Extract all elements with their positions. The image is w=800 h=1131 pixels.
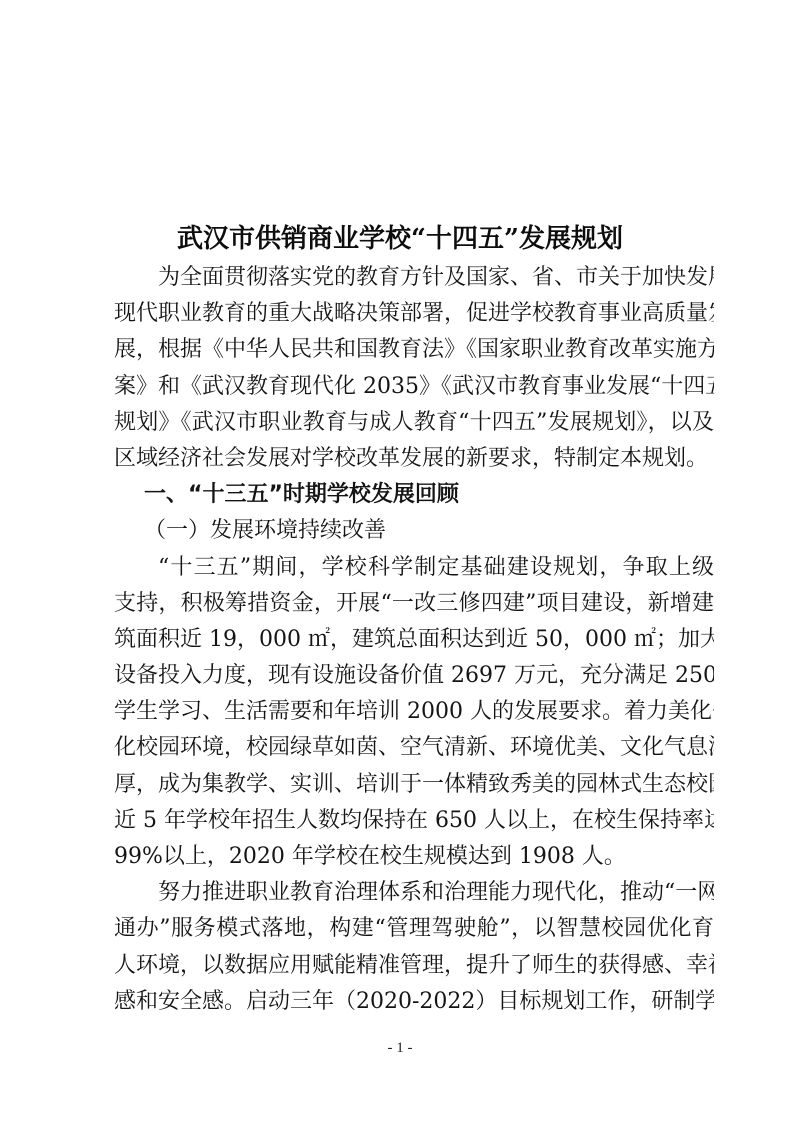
- intro-line: 规划》《武汉市职业教育与成人教育“十四五”发展规划》，以及: [114, 405, 714, 441]
- paragraph-line: 厚，成为集教学、实训、培训于一体精致秀美的园林式生态校园。: [114, 767, 714, 803]
- paragraph-line: 设备投入力度，现有设施设备价值 2697 万元，充分满足 2500 名: [114, 658, 714, 694]
- document-body: 为全面贯彻落实党的教育方针及国家、省、市关于加快发展 现代职业教育的重大战略决策…: [114, 260, 714, 1020]
- intro-line: 现代职业教育的重大战略决策部署，促进学校教育事业高质量发: [114, 296, 714, 332]
- paragraph-line: “十三五”期间，学校科学制定基础建设规划，争取上级: [114, 550, 714, 586]
- section-heading: 一、“十三五”时期学校发展回顾: [114, 477, 714, 513]
- paragraph-line: 通办”服务模式落地，构建“管理驾驶舱”，以智慧校园优化育: [114, 911, 714, 947]
- intro-line: 区域经济社会发展对学校改革发展的新要求，特制定本规划。: [114, 441, 714, 477]
- paragraph-line: 人环境，以数据应用赋能精准管理，提升了师生的获得感、幸福: [114, 948, 714, 984]
- intro-line: 为全面贯彻落实党的教育方针及国家、省、市关于加快发展: [114, 260, 714, 296]
- paragraph-line: 努力推进职业教育治理体系和治理能力现代化，推动“一网: [114, 875, 714, 911]
- paragraph-line: 学生学习、生活需要和年培训 2000 人的发展要求。着力美化优: [114, 694, 714, 730]
- document-page: 武汉市供销商业学校“十四五”发展规划 为全面贯彻落实党的教育方针及国家、省、市关…: [0, 0, 800, 1131]
- paragraph-line: 近 5 年学校年招生人数均保持在 650 人以上，在校生保持率达到: [114, 803, 714, 839]
- paragraph-line: 筑面积近 19，000 ㎡，建筑总面积达到近 50，000 ㎡；加大设施: [114, 622, 714, 658]
- paragraph-line: 感和安全感。启动三年（2020-2022）目标规划工作，研制学校: [114, 984, 714, 1020]
- document-title: 武汉市供销商业学校“十四五”发展规划: [0, 222, 800, 256]
- paragraph-line: 化校园环境，校园绿草如茵、空气清新、环境优美、文化气息浓: [114, 730, 714, 766]
- intro-line: 展，根据《中华人民共和国教育法》《国家职业教育改革实施方: [114, 332, 714, 368]
- intro-line: 案》和《武汉教育现代化 2035》《武汉市教育事业发展“十四五”: [114, 369, 714, 405]
- subsection-heading: （一）发展环境持续改善: [114, 513, 714, 549]
- paragraph-line: 支持，积极筹措资金，开展“一改三修四建”项目建设，新增建: [114, 586, 714, 622]
- page-number: - 1 -: [0, 1040, 800, 1057]
- paragraph-line: 99%以上，2020 年学校在校生规模达到 1908 人。: [114, 839, 714, 875]
